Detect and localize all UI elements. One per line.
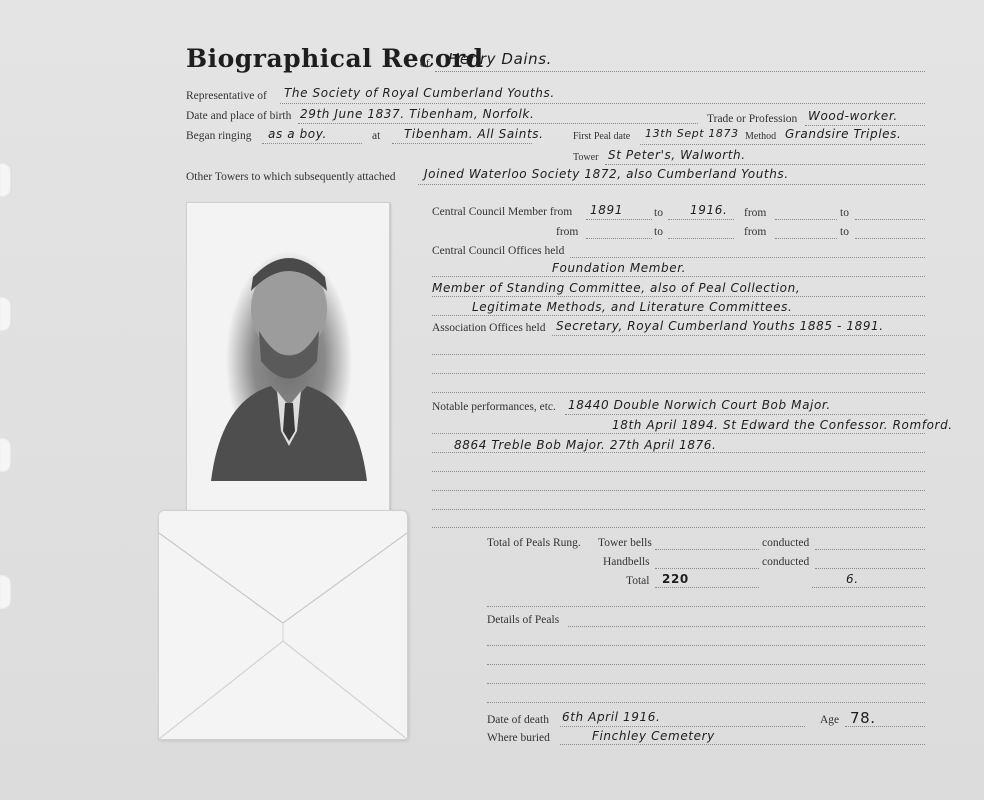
tower-label: Tower: [573, 152, 598, 163]
association-label: Association Offices held: [432, 322, 545, 334]
details-of-peals-label: Details of Peals: [487, 614, 559, 626]
handbells-label: Handbells: [603, 556, 650, 568]
cc-to-label: to: [654, 207, 663, 219]
envelope: [158, 510, 408, 740]
performance-line: 8864 Treble Bob Major. 27th April 1876.: [454, 438, 716, 452]
other-towers-label: Other Towers to which subsequently attac…: [186, 171, 395, 183]
representative-label: Representative of: [186, 90, 267, 102]
conducted-total-value: 6.: [846, 572, 859, 586]
punch-hole: [0, 438, 12, 472]
peals-total-label: Total of Peals Rung.: [487, 537, 581, 549]
cc-from-1: 1891: [590, 203, 623, 217]
age-label: Age: [820, 714, 839, 726]
trade-value: Wood-worker.: [808, 109, 898, 123]
method-value: Grandsire Triples.: [785, 127, 901, 141]
punch-hole: [0, 163, 12, 197]
cc-from-label: from: [744, 226, 766, 238]
birth-value: 29th June 1837. Tibenham, Norfolk.: [300, 107, 534, 121]
cc-from-label: from: [744, 207, 766, 219]
first-peal-label: First Peal date: [573, 131, 630, 142]
method-label: Method: [745, 131, 776, 142]
person-name: Henry Dains.: [448, 50, 552, 68]
performance-line: 18440 Double Norwich Court Bob Major.: [568, 398, 831, 412]
envelope-icon: [159, 511, 407, 739]
tower-value: St Peter's, Walworth.: [608, 148, 746, 162]
performance-line: 18th April 1894. St Edward the Confessor…: [612, 418, 953, 432]
portrait-photograph: [186, 202, 390, 514]
cc-office-line: Member of Standing Committee, also of Pe…: [432, 281, 800, 295]
age-value: 78.: [850, 709, 876, 727]
punch-hole: [0, 297, 12, 331]
cc-office-line: Foundation Member.: [552, 261, 686, 275]
trade-label: Trade or Profession: [707, 113, 797, 125]
buried-label: Where buried: [487, 732, 550, 744]
cc-to-label: to: [840, 226, 849, 238]
cc-offices-label: Central Council Offices held: [432, 245, 564, 257]
buried-value: Finchley Cemetery: [592, 729, 715, 743]
first-peal-value: 13th Sept 1873: [645, 127, 739, 140]
total-value: 220: [662, 572, 689, 586]
at-label: at: [372, 130, 380, 142]
cc-member-label: Central Council Member from: [432, 206, 572, 218]
began-ringing-label: Began ringing: [186, 130, 251, 142]
cc-office-line: Legitimate Methods, and Literature Commi…: [472, 300, 792, 314]
death-date-value: 6th April 1916.: [562, 710, 660, 724]
cc-to-label: to: [840, 207, 849, 219]
conducted-label: conducted: [762, 537, 809, 549]
at-value: Tibenham. All Saints.: [404, 127, 544, 141]
punch-hole: [0, 575, 12, 609]
representative-value: The Society of Royal Cumberland Youths.: [284, 86, 555, 100]
total-label: Total: [626, 575, 649, 587]
association-value: Secretary, Royal Cumberland Youths 1885 …: [556, 319, 884, 333]
record-page: Biographical Record of Henry Dains. Repr…: [0, 0, 984, 800]
cc-to-1: 1916.: [690, 203, 727, 217]
portrait-image: [201, 231, 377, 481]
cc-to-label: to: [654, 226, 663, 238]
other-towers-value: Joined Waterloo Society 1872, also Cumbe…: [424, 167, 789, 181]
of-label: of: [420, 58, 430, 70]
birth-label: Date and place of birth: [186, 110, 291, 122]
page-title: Biographical Record: [186, 44, 484, 73]
began-ringing-value: as a boy.: [268, 127, 327, 141]
tower-bells-label: Tower bells: [598, 537, 652, 549]
cc-from-label: from: [556, 226, 578, 238]
death-date-label: Date of death: [487, 714, 549, 726]
portrait-silhouette-icon: [201, 231, 377, 481]
conducted-label: conducted: [762, 556, 809, 568]
performances-label: Notable performances, etc.: [432, 401, 556, 413]
